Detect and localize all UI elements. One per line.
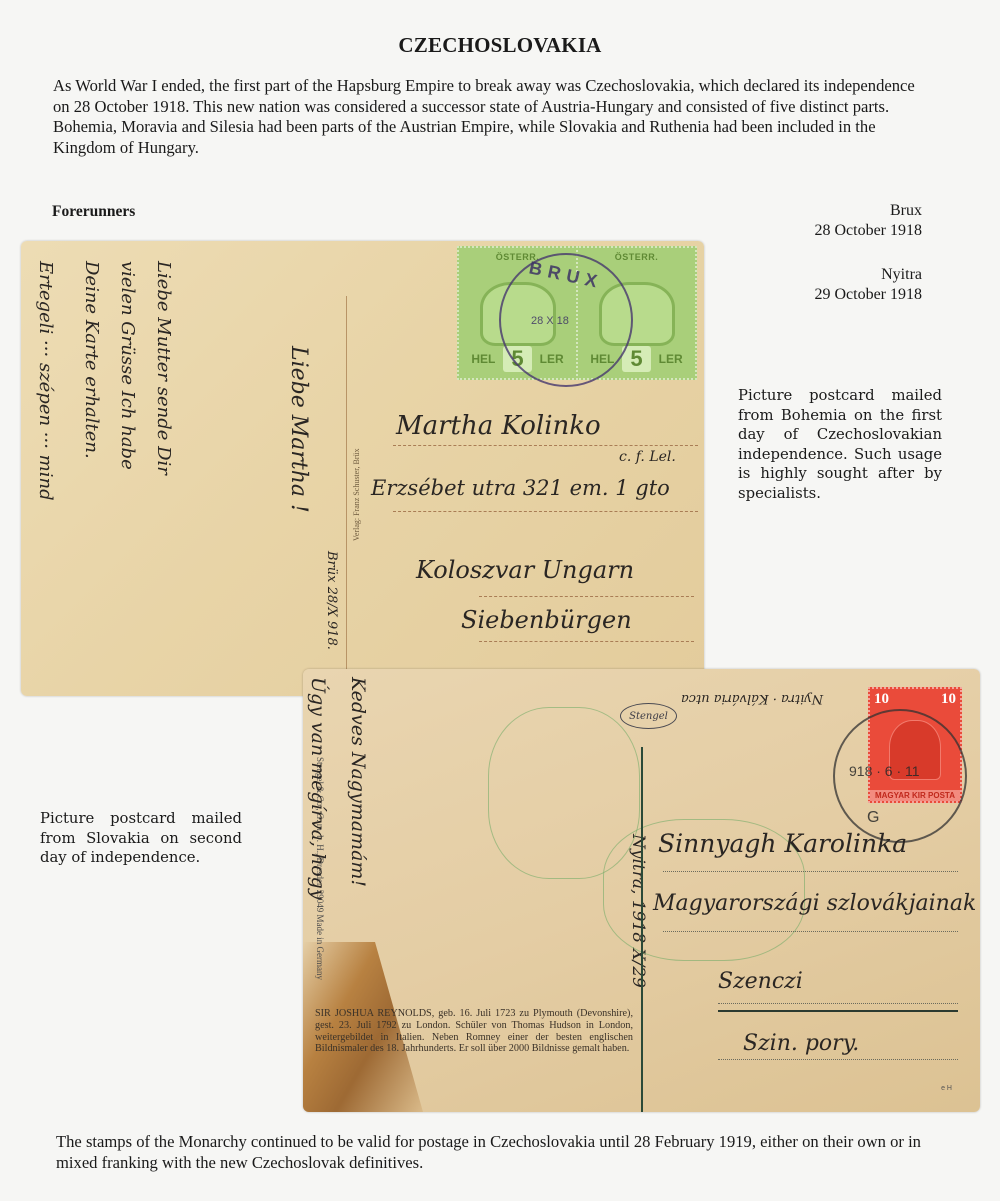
annotation-place: Nyitra bbox=[814, 265, 922, 285]
postmark-date: 28 X 18 bbox=[531, 315, 569, 327]
stamp-value: 1010 bbox=[870, 689, 960, 710]
address-rule bbox=[393, 445, 698, 446]
printer-mark: e H bbox=[941, 1085, 952, 1092]
footer-paragraph: The stamps of the Monarchy continued to … bbox=[56, 1132, 956, 1173]
handwritten-message: Ertegeli ··· szépen ··· mind Nagy ··· Ku… bbox=[21, 261, 63, 501]
address-rule bbox=[393, 511, 698, 512]
address-line: Szenczi bbox=[718, 969, 803, 994]
address-line: c. f. Lel. bbox=[619, 449, 676, 465]
message-signoff: Brüx 28/X 918. bbox=[324, 551, 339, 650]
annotation-brux: Brux 28 October 1918 bbox=[814, 201, 922, 241]
printed-picture-caption: SIR JOSHUA REYNOLDS, geb. 16. Juli 1723 … bbox=[315, 1008, 633, 1055]
page-title: CZECHOSLOVAKIA bbox=[0, 33, 1000, 58]
annotation-place: Brux bbox=[814, 201, 922, 221]
publisher-oval-stamp: Stengel bbox=[620, 703, 677, 729]
address-line: Szin. pory. bbox=[743, 1031, 859, 1056]
postmark-letter: G bbox=[867, 809, 879, 827]
postmark-brux: BRUX 28 X 18 bbox=[499, 253, 633, 387]
section-heading: Forerunners bbox=[52, 203, 135, 221]
address-line: Magyarországi szlovákjainak bbox=[653, 891, 976, 916]
postcard-slovakia: Stengel & Co., G. m. b. H., Dresden 2904… bbox=[303, 669, 980, 1112]
annotation-nyitra: Nyitra 29 October 1918 bbox=[814, 265, 922, 305]
address-rule bbox=[663, 931, 958, 932]
address-rule bbox=[718, 1059, 958, 1060]
publisher-imprint: Verlag: Franz Schuster, Brüx bbox=[352, 448, 361, 541]
card-divider bbox=[641, 747, 643, 1112]
address-rule bbox=[663, 871, 958, 872]
annotation-date: 28 October 1918 bbox=[814, 221, 922, 241]
address-rule bbox=[718, 1003, 958, 1004]
address-rule bbox=[479, 641, 694, 642]
address-line: Erzsébet utra 321 em. 1 gto bbox=[371, 476, 670, 500]
intro-paragraph: As World War I ended, the first part of … bbox=[53, 76, 933, 158]
caption-card2: Picture postcard mailed from Slovakia on… bbox=[40, 809, 242, 868]
postcard-bohemia: Ertegeli ··· szépen ··· mind Nagy ··· Ku… bbox=[21, 241, 704, 696]
message-salutation: Liebe Martha ! bbox=[286, 346, 311, 513]
address-line: Sinnyagh Karolinka bbox=[658, 829, 907, 858]
annotation-date: 29 October 1918 bbox=[814, 285, 922, 305]
address-line: Koloszvar Ungarn bbox=[416, 556, 634, 584]
stamp-text: ÖSTERR. bbox=[615, 252, 659, 262]
handwritten-message: Kedves Nagymamám! Úgy van megírva, hogy … bbox=[303, 677, 378, 922]
address-line: Martha Kolinko bbox=[396, 411, 601, 441]
handwritten-upside-down-note: Nyitra · Kálvária utca bbox=[681, 691, 823, 706]
address-rule bbox=[479, 596, 694, 597]
address-line: Siebenbürgen bbox=[461, 606, 632, 634]
address-underline bbox=[718, 1010, 958, 1012]
caption-card1: Picture postcard mailed from Bohemia on … bbox=[738, 386, 942, 504]
postmark-date: 918 · 6 · 11 bbox=[849, 763, 920, 779]
card-divider bbox=[346, 296, 347, 691]
postmark-nyitra: 918 · 6 · 11 G bbox=[833, 709, 967, 843]
handwritten-message-cont: Liebe Mutter sende Dir vielen Grüsse Ich… bbox=[73, 261, 181, 475]
